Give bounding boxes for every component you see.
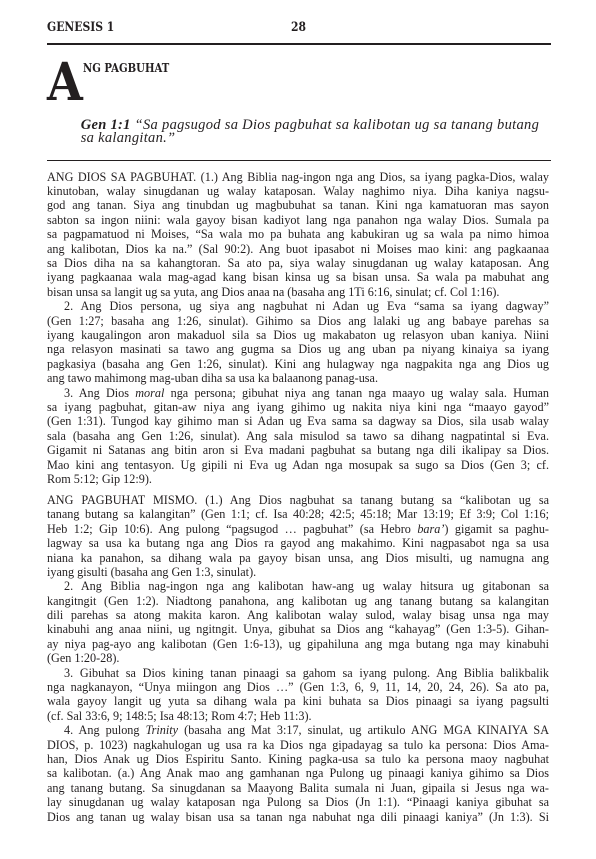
paragraph: 2. Ang Dios persona, ug siya ang nagbuha… bbox=[47, 299, 549, 385]
body-line: 4. Ang pulong Trinity (basaha ang Mat 3:… bbox=[47, 723, 549, 737]
body-line: sa Dios diha na sa kahangtoran. Sa ato p… bbox=[47, 256, 549, 270]
body-line: sabton sa ingon niini: wala gayoy bisan … bbox=[47, 213, 549, 227]
paragraph: 2. Ang Biblia nag-ingon nga ang kalibota… bbox=[47, 579, 549, 665]
paragraph: 3. Ang Dios moral nga persona; gibuhat n… bbox=[47, 386, 549, 487]
body-line: ang tanang butang. Sa sinugdanan sa Maay… bbox=[47, 781, 549, 795]
book-page: GENESIS 1 28 A NG PAGBUHAT Gen 1:1 “Sa p… bbox=[0, 0, 596, 859]
drop-cap: A bbox=[47, 57, 83, 110]
body-line: (Gen 1:31). Tungod kay gihimo man si Ada… bbox=[47, 414, 549, 428]
body-line: (cf. Sal 33:6, 9; 148:5; Isa 48:13; Rom … bbox=[47, 709, 549, 723]
body-line: god ang tanan. Siya ang tinubdan ug magb… bbox=[47, 198, 549, 212]
body-line: lay sinugdanan ug walay kataposan nga Pu… bbox=[47, 795, 549, 809]
emphasis-text: Trinity bbox=[146, 723, 179, 737]
body-line: dili parehas sa atong makita karon. Ang … bbox=[47, 608, 549, 622]
body-line: iyang kaugalingon aron makaduol sila sa … bbox=[47, 328, 549, 342]
body-line: (Gen 1:27; basaha ang 1:26, sinulat). Gi… bbox=[47, 314, 549, 328]
body-line: pagkasiya (basaha ang Gen 1:26, sinulat)… bbox=[47, 357, 549, 371]
body-line: tanang butang sa kalangitan” (Gen 1:1; c… bbox=[47, 507, 549, 521]
body-text: 4. Ang pulong bbox=[64, 723, 146, 737]
body-line: nga relasyon masinati sa tawo ang gugma … bbox=[47, 342, 549, 356]
body-line: kinabuhi ang anaa niini, ug ngitngit. Un… bbox=[47, 622, 549, 636]
body-line: iyang pagkaanaa wala mag-agad kang bisan… bbox=[47, 270, 549, 284]
epigraph-rule bbox=[47, 160, 551, 161]
body-line: ay niya pag-ayo ang kalibotan (Gen 1:6-1… bbox=[47, 637, 549, 651]
body-line: 2. Ang Biblia nag-ingon nga ang kalibota… bbox=[47, 579, 549, 593]
body-line: sa pagpamatuod ni Moises, “Sa wala mo pa… bbox=[47, 227, 549, 241]
body-line: nga nagkanayon, “Unya miingon ang Dios …… bbox=[47, 680, 549, 694]
body-line: ANG DIOS SA PAGBUHAT. (1.) Ang Biblia na… bbox=[47, 170, 549, 184]
body-line: wala gayoy langit ug yuta sa dihang wala… bbox=[47, 694, 549, 708]
body-text: ) gigamit sa paghu- bbox=[444, 522, 549, 536]
body-line: kangitngit (Gen 1:2). Niadtong panahona,… bbox=[47, 594, 549, 608]
article-body: ANG DIOS SA PAGBUHAT. (1.) Ang Biblia na… bbox=[47, 170, 549, 824]
section-heading: ANG PAGBUHAT MISMO. bbox=[47, 493, 197, 507]
running-head: GENESIS 1 bbox=[47, 21, 114, 34]
article-title: NG PAGBUHAT bbox=[83, 62, 169, 74]
body-line: han, Dios Anak ug Dios Espiritu Santo. K… bbox=[47, 752, 549, 766]
body-line: Gigamit ni Satanas ang bitin aron si Eva… bbox=[47, 443, 549, 457]
body-line: ANG PAGBUHAT MISMO. (1.) Ang Dios nagbuh… bbox=[47, 493, 549, 507]
body-text: (basaha ang Mat 3:17, sinulat, ug artiku… bbox=[178, 723, 549, 737]
body-line: DIOS, p. 1023) nagkahulogan ug usa ra ka… bbox=[47, 738, 549, 752]
body-line: (Gen 1:20-28). bbox=[47, 651, 549, 665]
body-line: kinutoban, walay sinugdanan ug walay kat… bbox=[47, 184, 549, 198]
paragraph: 4. Ang pulong Trinity (basaha ang Mat 3:… bbox=[47, 723, 549, 824]
body-text: 3. Ang Dios bbox=[64, 386, 135, 400]
section-heading: ANG DIOS SA PAGBUHAT. bbox=[47, 170, 196, 184]
body-line: Dios ang tanan ug walay bisan usa sa tan… bbox=[47, 810, 549, 824]
body-line: Rom 5:12; Gip 12:9). bbox=[47, 472, 549, 486]
emphasis-text: moral bbox=[135, 386, 164, 400]
body-line: Mao kini ang tentasyon. Ug gipili ni Eva… bbox=[47, 458, 549, 472]
body-text: nga persona; gibuhat niya ang tanan nga … bbox=[164, 386, 549, 400]
header-rule bbox=[47, 43, 551, 45]
body-text: Heb 1:2; Gip 10:6). Ang pulong “pagsugod… bbox=[47, 522, 417, 536]
body-text: (1.) Ang Biblia nag-ingon nga ang Dios, … bbox=[196, 170, 549, 184]
paragraph: 3. Gibuhat sa Dios kining tanan pinaagi … bbox=[47, 666, 549, 724]
body-line: sa iyang pagbuhat, gitan-aw niya ang iya… bbox=[47, 400, 549, 414]
body-line: 2. Ang Dios persona, ug siya ang nagbuha… bbox=[47, 299, 549, 313]
page-number: 28 bbox=[291, 21, 306, 34]
section-ang-pagbuhat-mismo: ANG PAGBUHAT MISMO. (1.) Ang Dios nagbuh… bbox=[47, 493, 549, 824]
section-ang-dios-sa-pagbuhat: ANG DIOS SA PAGBUHAT. (1.) Ang Biblia na… bbox=[47, 170, 549, 487]
body-line: ang tawo mahimong mag-uban diha sa usa k… bbox=[47, 371, 549, 385]
paragraph: ANG PAGBUHAT MISMO. (1.) Ang Dios nagbuh… bbox=[47, 493, 549, 579]
body-line: lagway sa usa ka butang nga ang Dios ra … bbox=[47, 536, 549, 550]
body-line: bisan unsa sa langit ug sa yuta, ang Dio… bbox=[47, 285, 549, 299]
epigraph-quote: Gen 1:1 “Sa pagsugod sa Dios pagbuhat sa… bbox=[81, 119, 539, 146]
body-line: sa kalibotan. (a.) Ang Anak mao ang gamh… bbox=[47, 766, 549, 780]
paragraph: ANG DIOS SA PAGBUHAT. (1.) Ang Biblia na… bbox=[47, 170, 549, 300]
epigraph-text: “Sa pagsugod sa Dios pagbuhat sa kalibot… bbox=[131, 117, 539, 133]
emphasis-text: bara’ bbox=[417, 522, 444, 536]
body-line: Heb 1:2; Gip 10:6). Ang pulong “pagsugod… bbox=[47, 522, 549, 536]
body-text: (1.) Ang Dios nagbuhat sa tanang butang … bbox=[197, 493, 549, 507]
body-line: 3. Ang Dios moral nga persona; gibuhat n… bbox=[47, 386, 549, 400]
epigraph-line: sa kalangitan.” bbox=[81, 132, 539, 145]
body-line: niana ka panahon, sa dihang wala pa gayo… bbox=[47, 551, 549, 565]
body-line: ang kalibotan, Dios ka na.” (Sal 90:2). … bbox=[47, 242, 549, 256]
body-line: sala (basaha ang Gen 1:26, sinulat). Ang… bbox=[47, 429, 549, 443]
body-line: 3. Gibuhat sa Dios kining tanan pinaagi … bbox=[47, 666, 549, 680]
body-line: iyang gisulti (basaha ang Gen 1:3, sinul… bbox=[47, 565, 549, 579]
